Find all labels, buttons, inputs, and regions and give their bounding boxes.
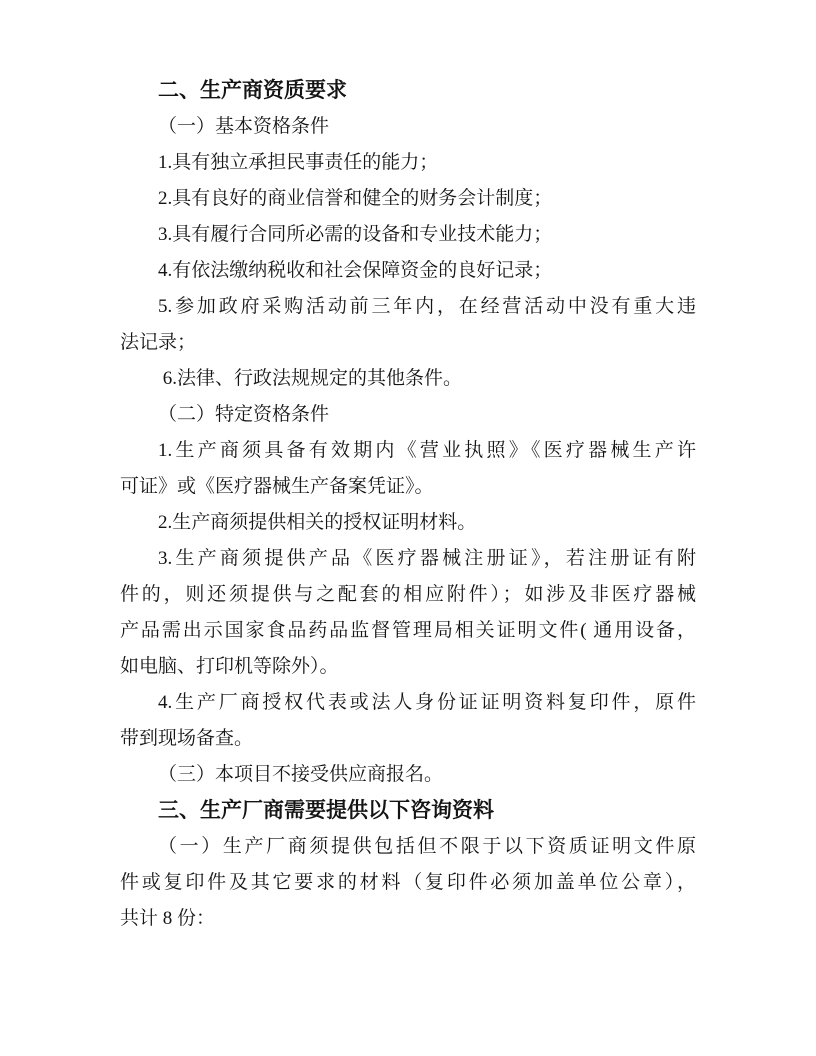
consultation-item-1-line-2: 件或复印件及其它要求的材料（复印件必须加盖单位公章），	[120, 865, 696, 901]
specific-item-4-line-2: 带到现场备查。	[120, 721, 696, 757]
basic-item-3-line-1: 3.具有履行合同所必需的设备和专业技术能力；	[120, 217, 696, 253]
specific-item-1-line-2: 可证》或《医疗器械生产备案凭证》。	[120, 469, 696, 505]
consultation-item-1: （一）生产厂商须提供包括但不限于以下资质证明文件原件或复印件及其它要求的材料（复…	[120, 829, 696, 937]
basic-item-6: 6.法律、行政法规规定的其他条件。	[120, 361, 696, 397]
basic-item-4: 4.有依法缴纳税收和社会保障资金的良好记录；	[120, 253, 696, 289]
specific-item-3-line-4: 如电脑、打印机等除外）。	[120, 649, 696, 685]
basic-item-1: 1.具有独立承担民事责任的能力；	[120, 145, 696, 181]
basic-item-6-line-1: 6.法律、行政法规规定的其他条件。	[120, 361, 696, 397]
basic-item-2-line-1: 2.具有良好的商业信誉和健全的财务会计制度；	[120, 181, 696, 217]
subsection-heading-no-supplier-signup-line-1: （三）本项目不接受供应商报名。	[120, 757, 696, 793]
specific-item-4-line-1: 4.生产厂商授权代表或法人身份证证明资料复印件，原件	[120, 685, 696, 721]
section-heading-consultation-materials: 三、生产厂商需要提供以下咨询资料	[120, 793, 696, 829]
basic-item-2: 2.具有良好的商业信誉和健全的财务会计制度；	[120, 181, 696, 217]
specific-item-1-line-1: 1.生产商须具备有效期内《营业执照》《医疗器械生产许	[120, 433, 696, 469]
specific-item-1: 1.生产商须具备有效期内《营业执照》《医疗器械生产许可证》或《医疗器械生产备案凭…	[120, 433, 696, 505]
consultation-item-1-line-3: 共计 8 份：	[120, 901, 696, 937]
specific-item-3: 3.生产商须提供产品《医疗器械注册证》，若注册证有附件的，则还须提供与之配套的相…	[120, 541, 696, 685]
specific-item-3-line-2: 件的，则还须提供与之配套的相应附件）；如涉及非医疗器械	[120, 577, 696, 613]
document-page: 二、生产商资质要求（一）基本资格条件1.具有独立承担民事责任的能力；2.具有良好…	[0, 0, 816, 1056]
basic-item-1-line-1: 1.具有独立承担民事责任的能力；	[120, 145, 696, 181]
section-heading-manufacturer-qualification-line-1: 二、生产商资质要求	[120, 73, 696, 109]
specific-item-2: 2.生产商须提供相关的授权证明材料。	[120, 505, 696, 541]
subsection-heading-specific-qualification: （二）特定资格条件	[120, 397, 696, 433]
subsection-heading-specific-qualification-line-1: （二）特定资格条件	[120, 397, 696, 433]
consultation-item-1-line-1: （一）生产厂商须提供包括但不限于以下资质证明文件原	[120, 829, 696, 865]
specific-item-2-line-1: 2.生产商须提供相关的授权证明材料。	[120, 505, 696, 541]
basic-item-4-line-1: 4.有依法缴纳税收和社会保障资金的良好记录；	[120, 253, 696, 289]
basic-item-5-line-2: 法记录；	[120, 325, 696, 361]
document-body: 二、生产商资质要求（一）基本资格条件1.具有独立承担民事责任的能力；2.具有良好…	[120, 73, 696, 937]
basic-item-5-line-1: 5.参加政府采购活动前三年内，在经营活动中没有重大违	[120, 289, 696, 325]
section-heading-consultation-materials-line-1: 三、生产厂商需要提供以下咨询资料	[120, 793, 696, 829]
subsection-heading-basic-qualification-line-1: （一）基本资格条件	[120, 109, 696, 145]
subsection-heading-no-supplier-signup: （三）本项目不接受供应商报名。	[120, 757, 696, 793]
section-heading-manufacturer-qualification: 二、生产商资质要求	[120, 73, 696, 109]
specific-item-4: 4.生产厂商授权代表或法人身份证证明资料复印件，原件带到现场备查。	[120, 685, 696, 757]
specific-item-3-line-3: 产品需出示国家食品药品监督管理局相关证明文件( 通用设备，	[120, 613, 696, 649]
basic-item-3: 3.具有履行合同所必需的设备和专业技术能力；	[120, 217, 696, 253]
specific-item-3-line-1: 3.生产商须提供产品《医疗器械注册证》，若注册证有附	[120, 541, 696, 577]
basic-item-5: 5.参加政府采购活动前三年内，在经营活动中没有重大违法记录；	[120, 289, 696, 361]
subsection-heading-basic-qualification: （一）基本资格条件	[120, 109, 696, 145]
